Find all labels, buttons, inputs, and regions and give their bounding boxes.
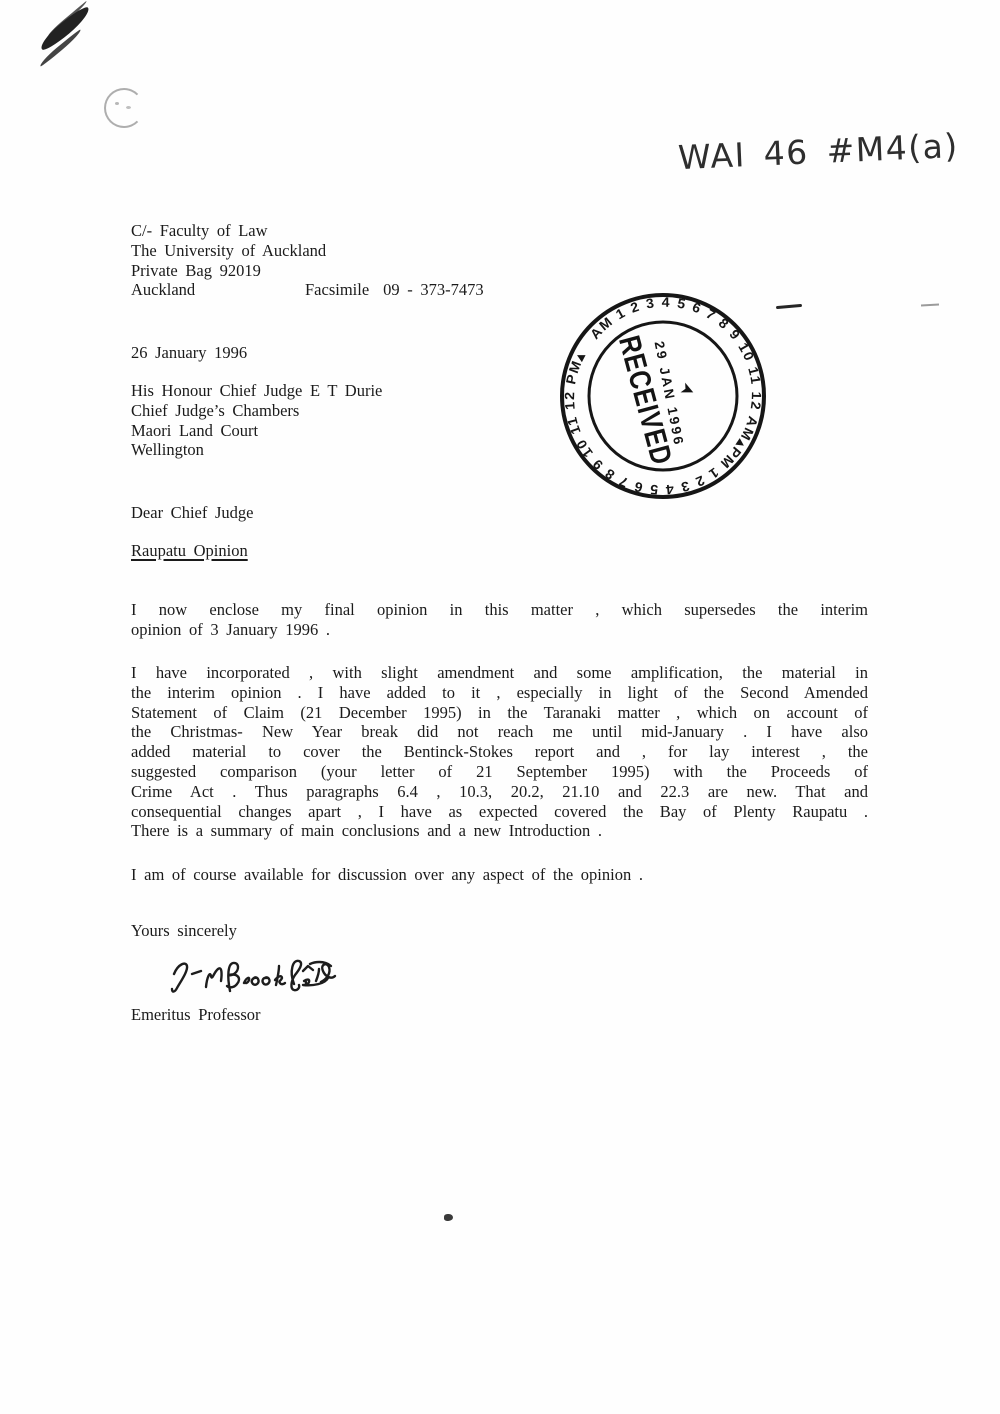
faint-dash-mark bbox=[921, 304, 939, 307]
faint-circle-stamp-mark bbox=[104, 88, 144, 128]
text-line: the interim opinion . I have added to it… bbox=[131, 683, 868, 703]
stamp-arrow-icon: ➤ bbox=[678, 379, 698, 400]
subject-line: Raupatu Opinion bbox=[131, 541, 868, 561]
text-line: Crime Act . Thus paragraphs 6.4 , 10.3, … bbox=[131, 782, 868, 802]
paragraph-1: I now enclose my final opinion in this m… bbox=[131, 600, 868, 640]
text-line: consequential changes apart , I have as … bbox=[131, 802, 868, 822]
sender-city: Auckland bbox=[131, 280, 305, 300]
text-line: Private Bag 92019 bbox=[131, 261, 868, 281]
text-line: added material to cover the Bentinck-Sto… bbox=[131, 742, 868, 762]
text-line: I have incorporated , with slight amendm… bbox=[131, 663, 868, 683]
sender-address-lines: C/- Faculty of LawThe University of Auck… bbox=[131, 221, 868, 280]
facsimile-label: Facsimile bbox=[305, 280, 369, 300]
text-line: I now enclose my final opinion in this m… bbox=[131, 600, 868, 620]
text-line: I am of course available for discussion … bbox=[131, 865, 868, 885]
signoff-title: Emeritus Professor bbox=[131, 1005, 868, 1025]
paragraph-2: I have incorporated , with slight amendm… bbox=[131, 663, 868, 841]
text-line: the Christmas- New Year break did not re… bbox=[131, 722, 868, 742]
ink-speck-mark bbox=[444, 1214, 453, 1221]
text-line: C/- Faculty of Law bbox=[131, 221, 868, 241]
text-line: There is a summary of main conclusions a… bbox=[131, 821, 868, 841]
text-line: suggested comparison (your letter of 21 … bbox=[131, 762, 868, 782]
ink-smudge-mark bbox=[37, 4, 93, 54]
handwritten-signature bbox=[160, 954, 338, 1006]
paragraph-3: I am of course available for discussion … bbox=[131, 865, 868, 885]
text-line: opinion of 3 January 1996 . bbox=[131, 620, 868, 640]
subject-text: Raupatu Opinion bbox=[131, 541, 248, 561]
letter-scan-page: WAI 46 #M4(a) C/- Faculty of LawThe Univ… bbox=[0, 0, 1000, 1414]
salutation: Dear Chief Judge bbox=[131, 503, 868, 523]
signature-drawing bbox=[160, 954, 338, 1006]
received-date-stamp: AM 1 2 3 4 5 6 7 8 9 10 11 12 AM▴PM 1 2 … bbox=[556, 289, 770, 503]
handwritten-claim-reference: WAI 46 #M4(a) bbox=[677, 126, 959, 177]
facsimile-number: 09 - 373-7473 bbox=[383, 280, 484, 300]
text-line: Statement of Claim (21 December 1995) in… bbox=[131, 703, 868, 723]
text-line: The University of Auckland bbox=[131, 241, 868, 261]
pen-dash-mark bbox=[776, 304, 802, 309]
valediction: Yours sincerely bbox=[131, 921, 868, 941]
